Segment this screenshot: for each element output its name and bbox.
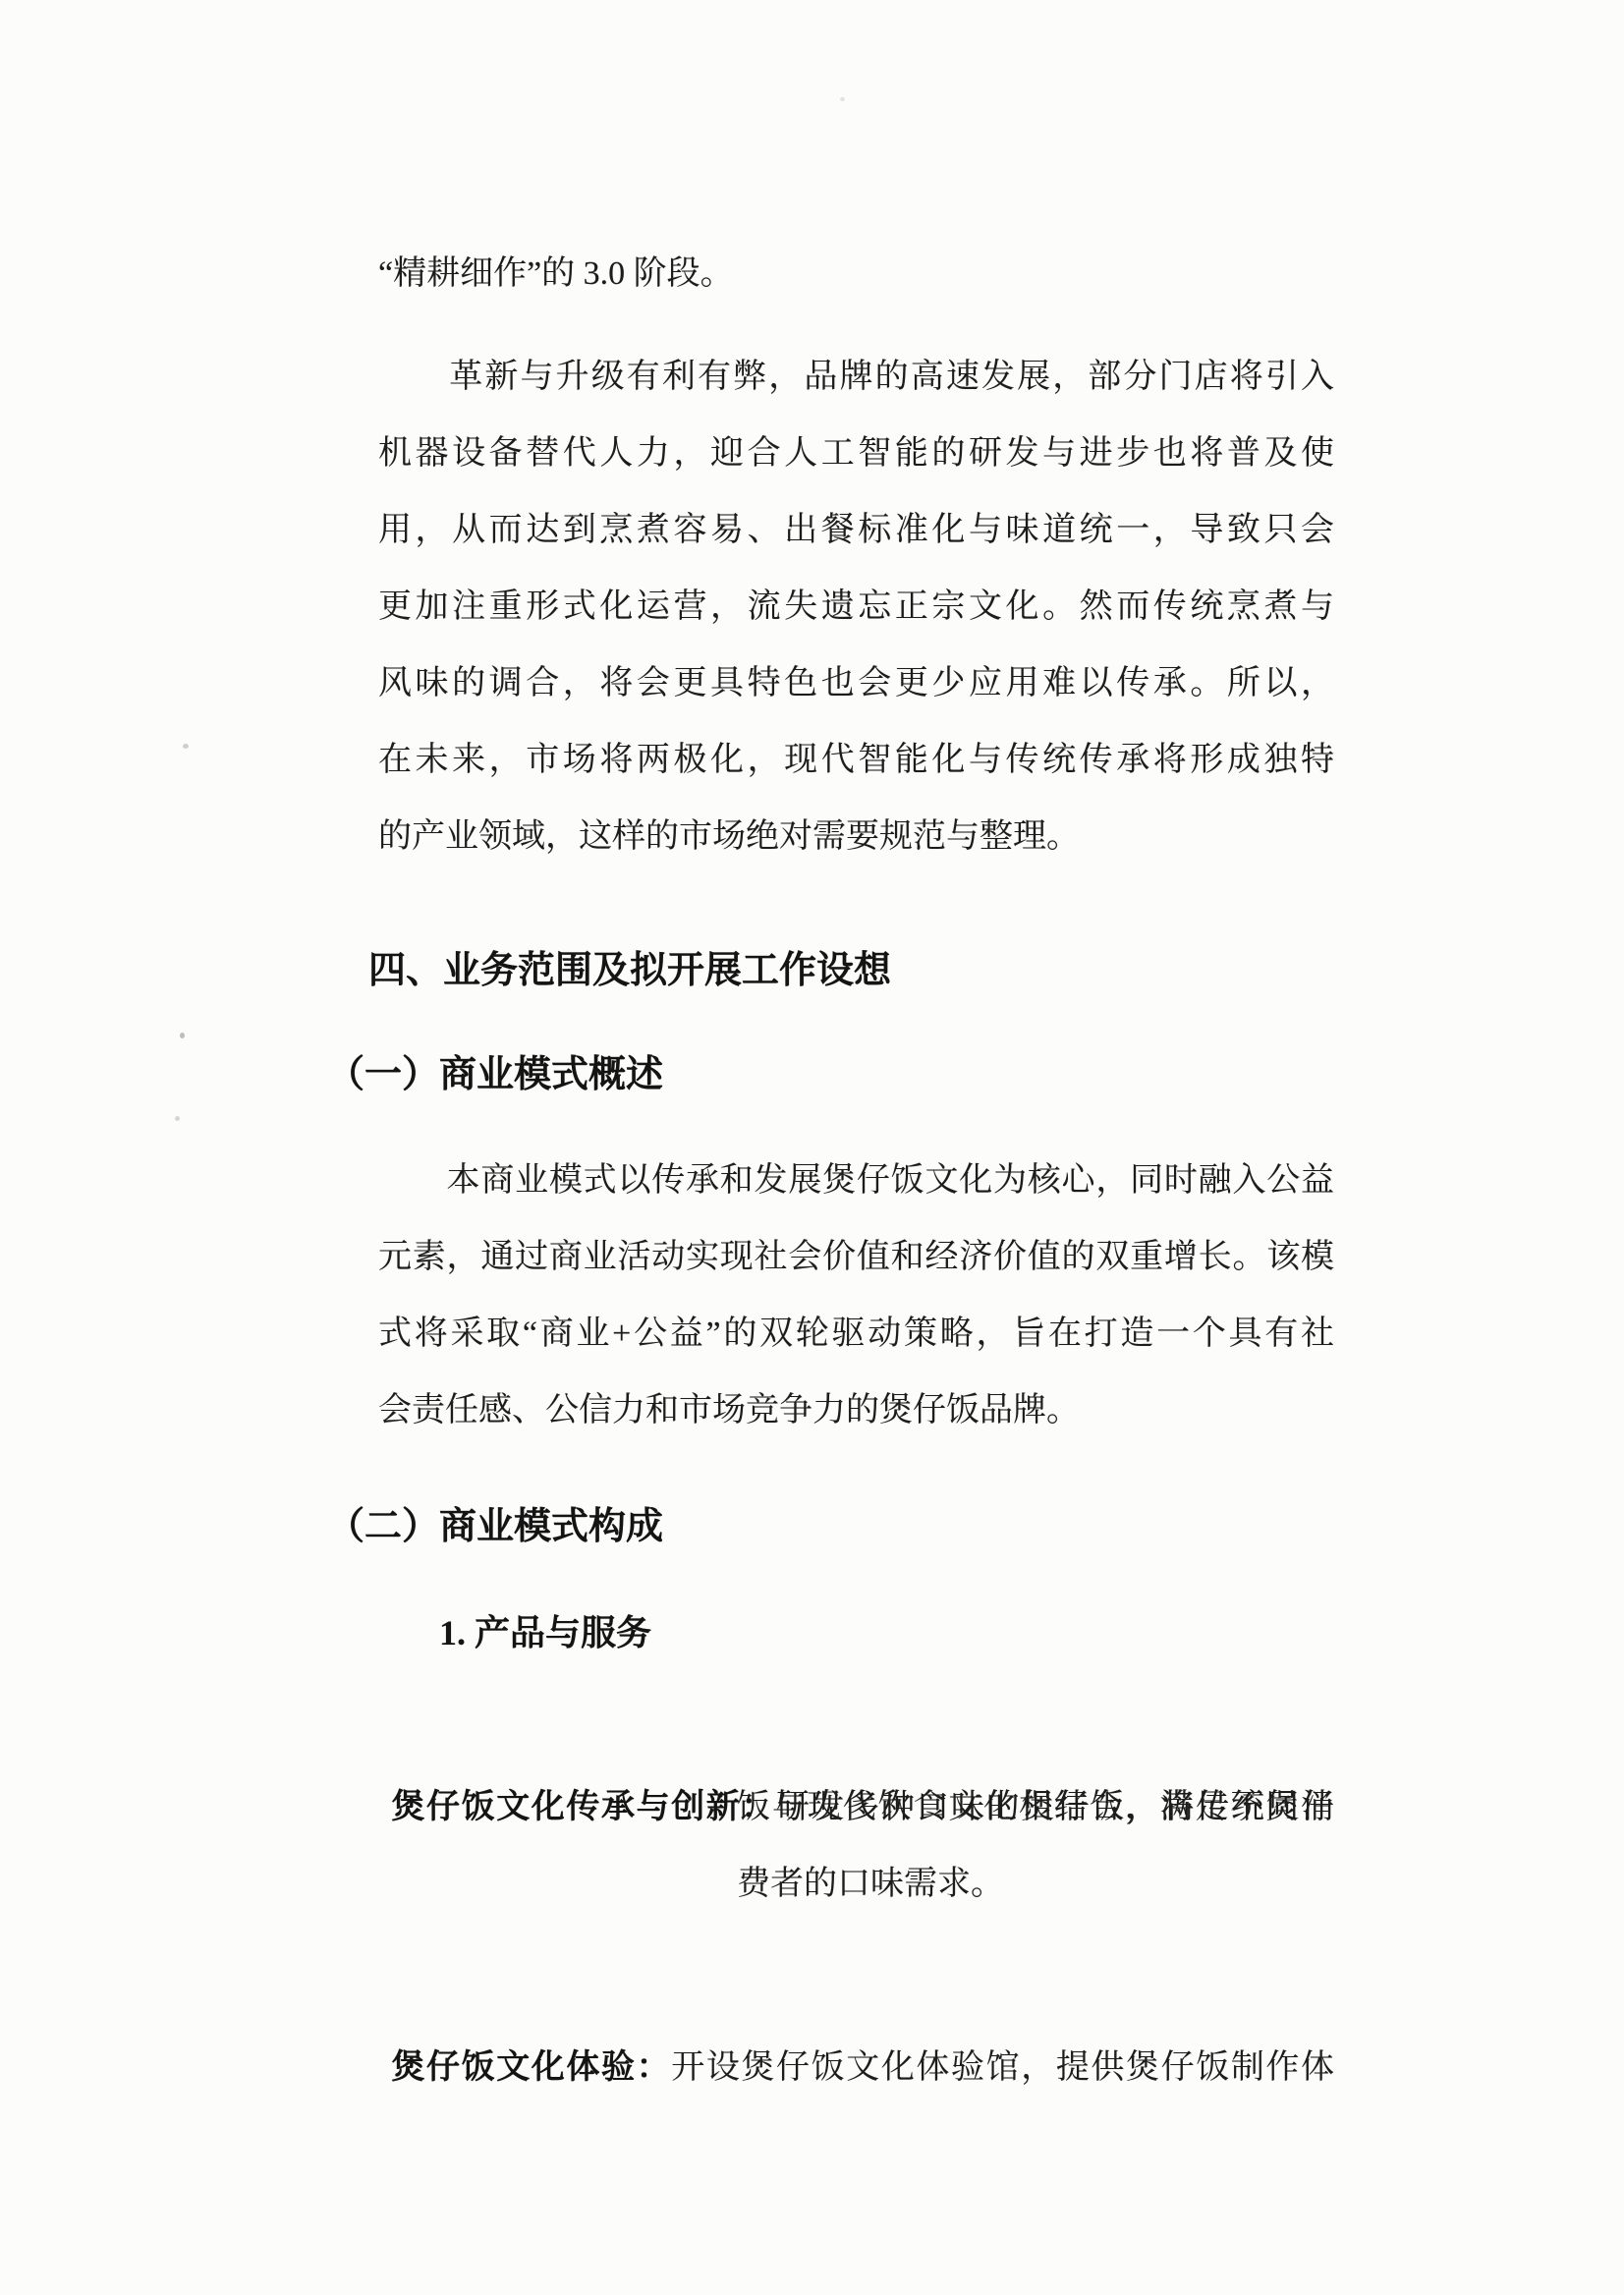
text-line: 机器设备替代人力，迎合人工智能的研发与进步也将普及使	[378, 416, 1334, 492]
scanned-document-page: “精耕细作”的 3.0 阶段。 革新与升级有利有弊，品牌的高速发展，部分门店将引…	[0, 0, 1624, 2295]
scan-speck	[175, 1116, 180, 1121]
intro-paragraph: 革新与升级有利有弊，品牌的高速发展，部分门店将引入机器设备替代人力，迎合人工智能…	[378, 339, 1334, 875]
text-line: 风味的调合，将会更具特色也会更少应用难以传承。所以，	[378, 645, 1334, 722]
subsection-2-heading: （二）商业模式构成	[327, 1487, 663, 1566]
text-line: 更加注重形式化运营，流失遗忘正宗文化。然而传统烹煮与	[378, 569, 1334, 645]
text-line: 费者的口味需求。	[737, 1846, 1334, 1923]
section-heading: 四、业务范围及拟开展工作设想	[368, 931, 891, 1010]
text-line: 本商业模式以传承和发展煲仔饭文化为核心，同时融入公益	[378, 1143, 1334, 1219]
text-line: 在未来，市场将两极化，现代智能化与传统传承将形成独特	[378, 722, 1334, 799]
text-line: 用，从而达到烹煮容易、出餐标准化与味道统一，导致只会	[378, 492, 1334, 569]
item-culture-experience-text: 开设煲仔饭文化体验馆，提供煲仔饭制作体	[671, 2049, 1334, 2086]
scan-speck	[840, 97, 845, 101]
item-culture-innovation-label: 煲仔饭文化传承与创新：	[391, 1789, 776, 1825]
products-services-heading: 1. 产品与服务	[439, 1594, 651, 1672]
text-line: 的产业领域，这样的市场绝对需要规范与整理。	[378, 799, 1334, 875]
scan-speck	[180, 1033, 185, 1038]
business-model-overview-paragraph: 本商业模式以传承和发展煲仔饭文化为核心，同时融入公益元素，通过商业活动实现社会价…	[378, 1143, 1334, 1449]
text-line: 元素，通过商业活动实现社会价值和经济价值的双重增长。该模	[378, 1219, 1334, 1296]
text-line: 革新与升级有利有弊，品牌的高速发展，部分门店将引入	[378, 339, 1334, 416]
paragraph-continuation-line: “精耕细作”的 3.0 阶段。	[378, 236, 734, 312]
item-culture-experience-line: 煲仔饭文化体验：开设煲仔饭文化体验馆，提供煲仔饭制作体	[352, 1953, 1334, 2183]
item-culture-experience-label: 煲仔饭文化体验：	[391, 2049, 671, 2086]
item-culture-innovation-hanging-lines: 饭与现代饮食文化相结合，满足不同消费者的口味需求。	[737, 1769, 1334, 1923]
text-line: 饭与现代饮食文化相结合，满足不同消	[737, 1769, 1334, 1846]
text-line: 会责任感、公信力和市场竞争力的煲仔饭品牌。	[378, 1372, 1334, 1449]
subsection-1-heading: （一）商业模式概述	[327, 1036, 663, 1114]
text-line: 式将采取“商业+公益”的双轮驱动策略，旨在打造一个具有社	[378, 1296, 1334, 1372]
scan-speck	[183, 744, 189, 749]
